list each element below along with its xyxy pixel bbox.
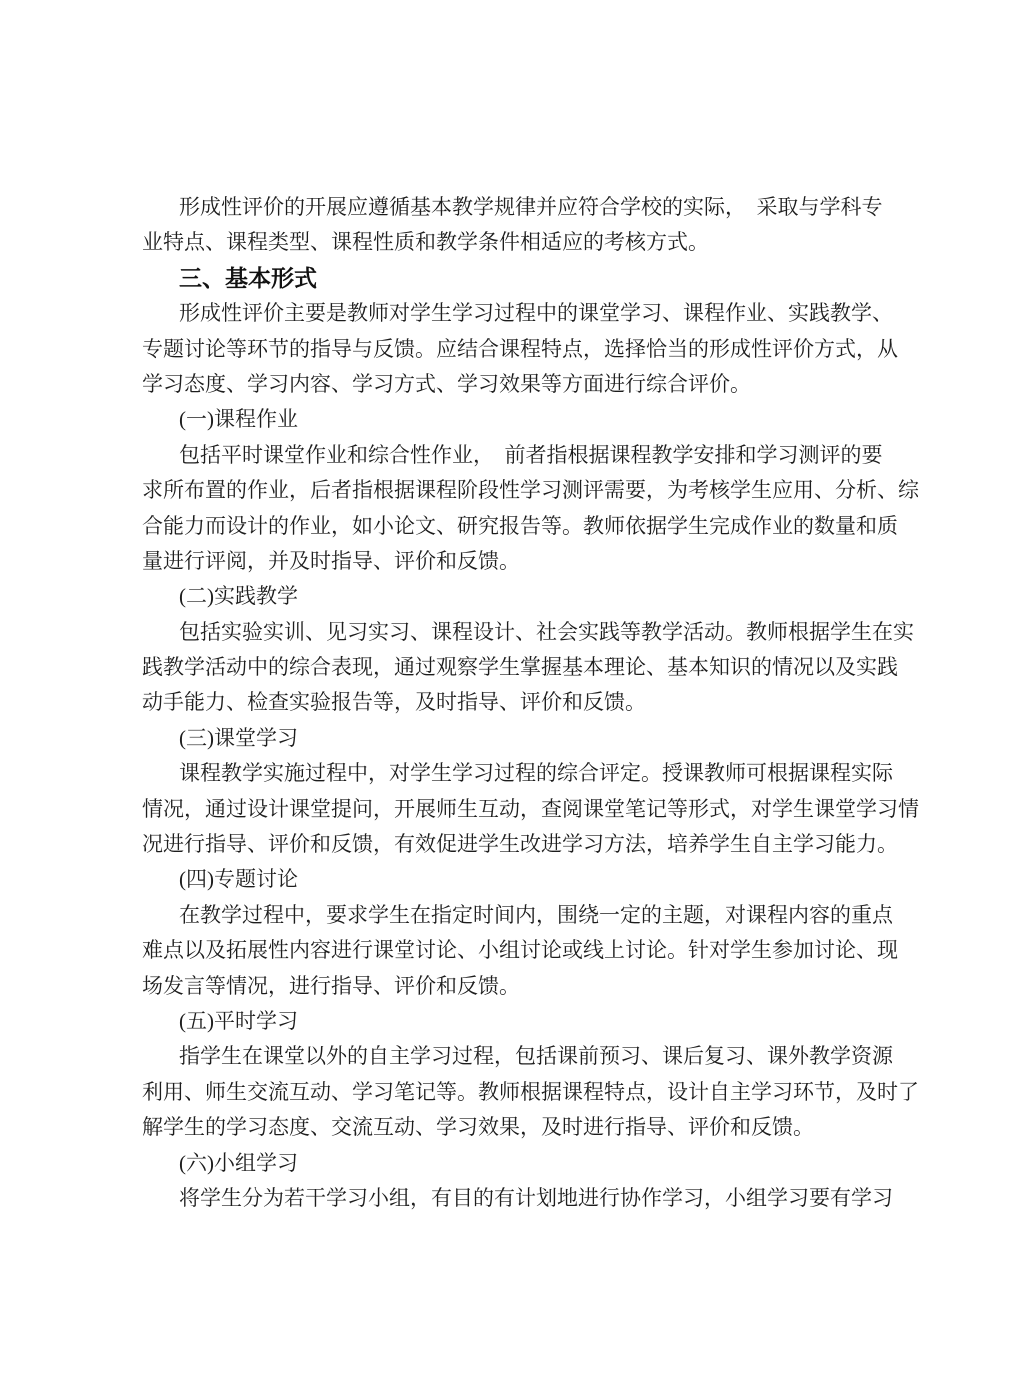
text-line: 解学生的学习态度、交流互动、学习效果，及时进行指导、评价和反馈。 [142,1110,887,1145]
text-line: 专题讨论等环节的指导与反馈。应结合课程特点，选择恰当的形成性评价方式，从 [142,332,887,367]
text-line: 课程教学实施过程中，对学生学习过程的综合评定。授课教师可根据课程实际 [142,756,887,791]
text-line: 求所布置的作业，后者指根据课程阶段性学习测评需要，为考核学生应用、分析、综 [142,473,887,508]
text-line: 量进行评阅，并及时指导、评价和反馈。 [142,544,887,579]
text-line: 学习态度、学习内容、学习方式、学习效果等方面进行综合评价。 [142,367,887,402]
text-line: (六)小组学习 [142,1146,887,1181]
text-line: 形成性评价主要是教师对学生学习过程中的课堂学习、课程作业、实践教学、 [142,296,887,331]
text-line: 包括平时课堂作业和综合性作业， 前者指根据课程教学安排和学习测评的要 [142,438,887,473]
text-line: (五)平时学习 [142,1004,887,1039]
text-line: 利用、师生交流互动、学习笔记等。教师根据课程特点，设计自主学习环节，及时了 [142,1075,887,1110]
text-line: 践教学活动中的综合表现，通过观察学生掌握基本理论、基本知识的情况以及实践 [142,650,887,685]
text-line: 情况，通过设计课堂提问，开展师生互动，查阅课堂笔记等形式，对学生课堂学习情 [142,792,887,827]
text-line: 业特点、课程类型、课程性质和教学条件相适应的考核方式。 [142,225,887,260]
text-line: (一)课程作业 [142,402,887,437]
text-line: (四)专题讨论 [142,862,887,897]
section-heading: 三、基本形式 [142,261,887,296]
text-line: 况进行指导、评价和反馈，有效促进学生改进学习方法，培养学生自主学习能力。 [142,827,887,862]
text-line: 指学生在课堂以外的自主学习过程，包括课前预习、课后复习、课外教学资源 [142,1039,887,1074]
document-page: 形成性评价的开展应遵循基本教学规律并应符合学校的实际， 采取与学科专业特点、课程… [0,0,1024,1379]
text-line: 难点以及拓展性内容进行课堂讨论、小组讨论或线上讨论。针对学生参加讨论、现 [142,933,887,968]
text-line: (二)实践教学 [142,579,887,614]
text-line: 场发言等情况，进行指导、评价和反馈。 [142,969,887,1004]
text-line: 形成性评价的开展应遵循基本教学规律并应符合学校的实际， 采取与学科专 [142,190,887,225]
text-line: 合能力而设计的作业，如小论文、研究报告等。教师依据学生完成作业的数量和质 [142,509,887,544]
text-line: 将学生分为若干学习小组，有目的有计划地进行协作学习，小组学习要有学习 [142,1181,887,1216]
text-line: 动手能力、检查实验报告等，及时指导、评价和反馈。 [142,685,887,720]
text-block: 形成性评价的开展应遵循基本教学规律并应符合学校的实际， 采取与学科专业特点、课程… [142,190,887,1216]
text-line: (三)课堂学习 [142,721,887,756]
text-line: 在教学过程中，要求学生在指定时间内，围绕一定的主题，对课程内容的重点 [142,898,887,933]
text-line: 包括实验实训、见习实习、课程设计、社会实践等教学活动。教师根据学生在实 [142,615,887,650]
